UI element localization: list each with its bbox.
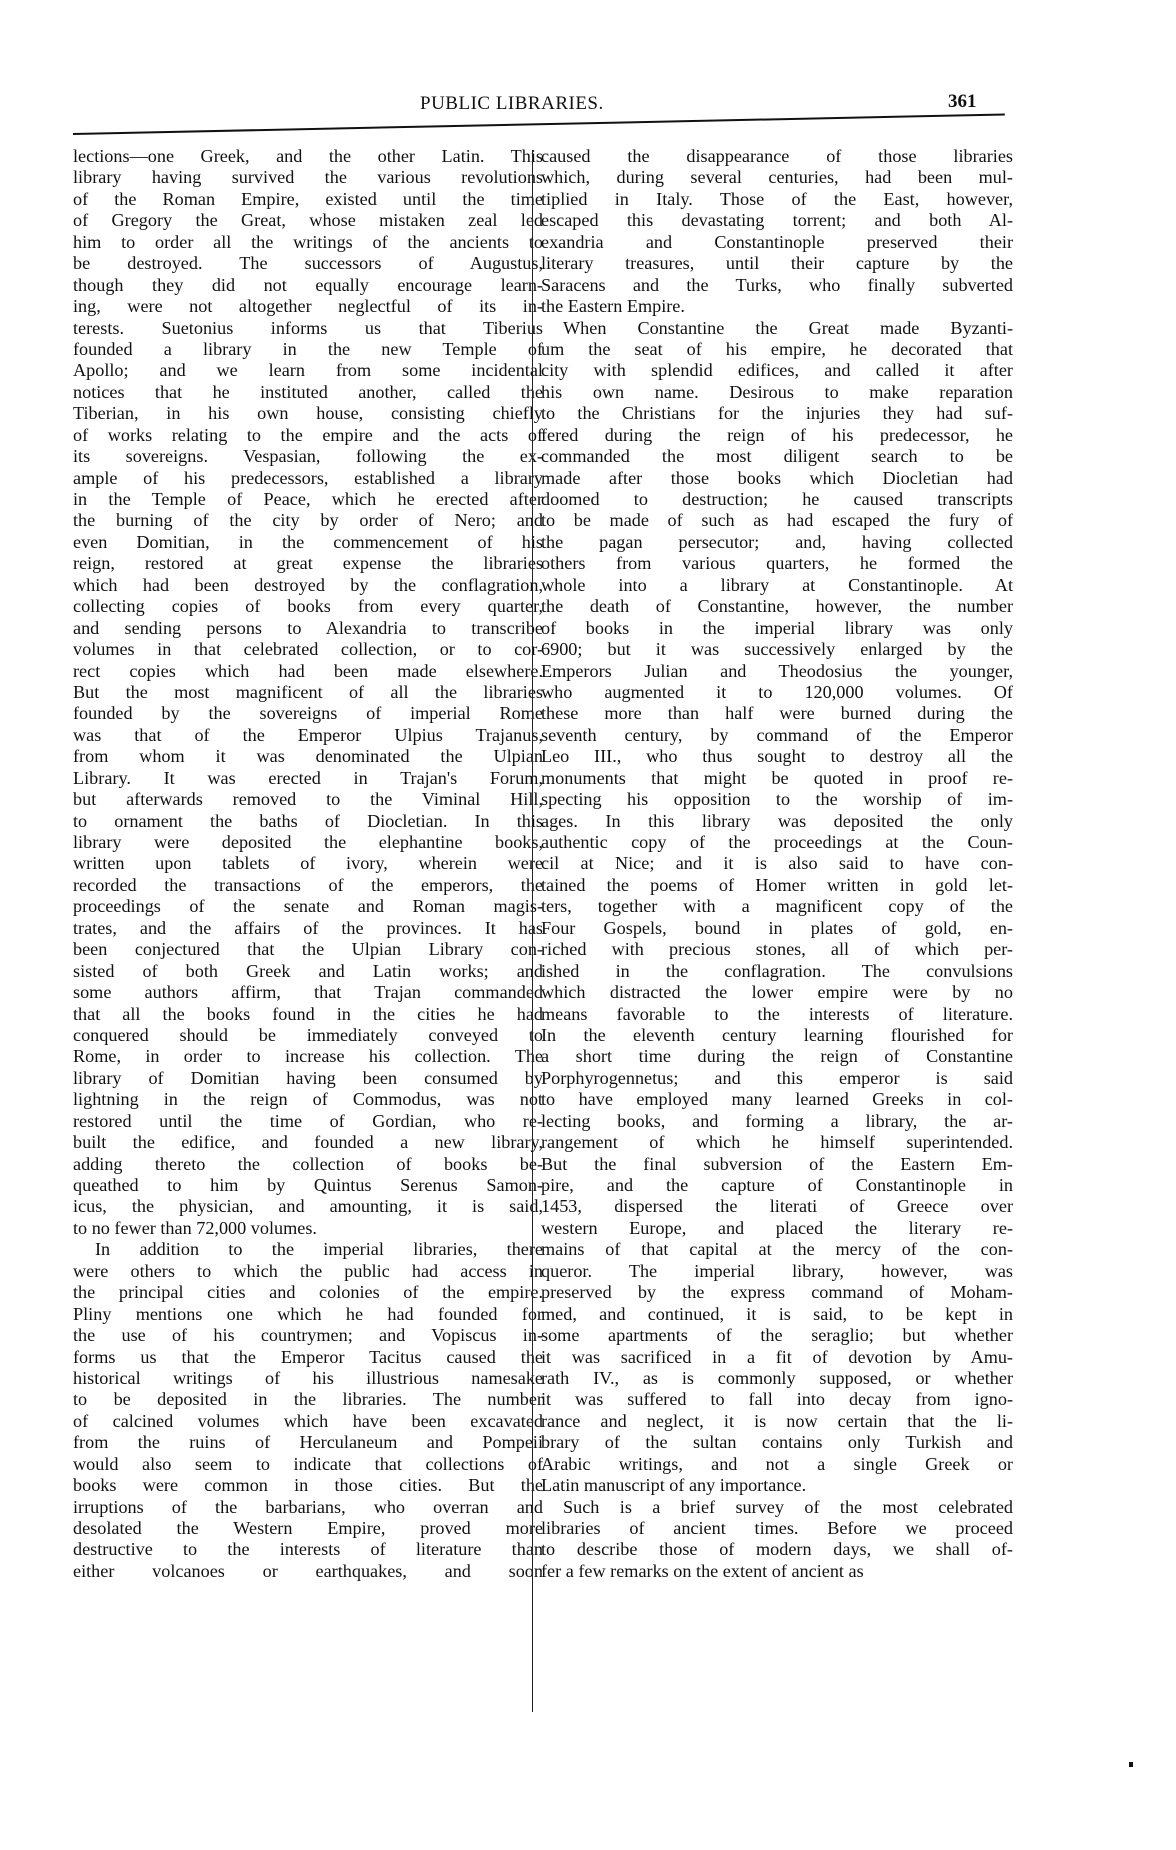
- text-line: Pliny mentions one which he had founded …: [73, 1304, 543, 1325]
- text-line: whole into a library at Constantinople. …: [541, 575, 1013, 596]
- text-line: icus, the physician, and amounting, it i…: [73, 1196, 543, 1217]
- text-line: specting his opposition to the worship o…: [541, 789, 1013, 810]
- text-line: exandria and Constantinople preserved th…: [541, 232, 1013, 253]
- text-line: means favorable to the interests of lite…: [541, 1004, 1013, 1025]
- text-line: library of Domitian having been consumed…: [73, 1068, 543, 1089]
- text-line: to no fewer than 72,000 volumes.: [73, 1218, 543, 1239]
- text-line: riched with precious stones, all of whic…: [541, 939, 1013, 960]
- text-line: adding thereto the collection of books b…: [73, 1154, 543, 1175]
- text-line: tained the poems of Homer written in gol…: [541, 875, 1013, 896]
- text-line: of the Roman Empire, existed until the t…: [73, 189, 543, 210]
- text-line: rath IV., as is commonly supposed, or wh…: [541, 1368, 1013, 1389]
- text-line: to the Christians for the injuries they …: [541, 403, 1013, 424]
- text-line: made after those books which Diocletian …: [541, 468, 1013, 489]
- text-line: of works relating to the empire and the …: [73, 425, 543, 446]
- text-line: which had been destroyed by the conflagr…: [73, 575, 543, 596]
- text-line: though they did not equally encourage le…: [73, 275, 543, 296]
- text-line: queathed to him by Quintus Serenus Samon…: [73, 1175, 543, 1196]
- text-line: to have employed many learned Greeks in …: [541, 1089, 1013, 1110]
- text-line: 6900; but it was successively enlarged b…: [541, 639, 1013, 660]
- text-line: from the ruins of Herculaneum and Pompei…: [73, 1432, 543, 1453]
- text-line: caused the disappearance of those librar…: [541, 146, 1013, 167]
- text-line: these more than half were burned during …: [541, 703, 1013, 724]
- text-line: been conjectured that the Ulpian Library…: [73, 939, 543, 960]
- text-line: collecting copies of books from every qu…: [73, 596, 543, 617]
- text-line: ters, together with a magnificent copy o…: [541, 896, 1013, 917]
- text-line: ages. In this library was deposited the …: [541, 811, 1013, 832]
- text-line: historical writings of his illustrious n…: [73, 1368, 543, 1389]
- scan-speck: [1129, 1762, 1133, 1767]
- page-number: 361: [948, 91, 977, 113]
- text-line: In addition to the imperial libraries, t…: [73, 1239, 543, 1260]
- text-line: Such is a brief survey of the most celeb…: [541, 1497, 1013, 1518]
- text-line: lections—one Greek, and the other Latin.…: [73, 146, 543, 167]
- text-line: desolated the Western Empire, proved mor…: [73, 1518, 543, 1539]
- left-column: lections—one Greek, and the other Latin.…: [73, 146, 543, 1582]
- text-line: Arabic writings, and not a single Greek …: [541, 1454, 1013, 1475]
- text-line: city with splendid edifices, and called …: [541, 360, 1013, 381]
- text-line: fer a few remarks on the extent of ancie…: [541, 1561, 1013, 1582]
- text-line: of Gregory the Great, whose mistaken zea…: [73, 210, 543, 231]
- text-line: from whom it was denominated the Ulpian: [73, 746, 543, 767]
- text-line: monuments that might be quoted in proof …: [541, 768, 1013, 789]
- text-line: In the eleventh century learning flouris…: [541, 1025, 1013, 1046]
- text-line: were others to which the public had acce…: [73, 1261, 543, 1282]
- text-line: to be deposited in the libraries. The nu…: [73, 1389, 543, 1410]
- text-line: was that of the Emperor Ulpius Trajanus,: [73, 725, 543, 746]
- text-line: 1453, dispersed the literati of Greece o…: [541, 1196, 1013, 1217]
- text-line: Porphyrogennetus; and this emperor is sa…: [541, 1068, 1013, 1089]
- text-line: founded a library in the new Temple of: [73, 339, 543, 360]
- column-divider: [532, 150, 533, 1712]
- text-line: others from various quarters, he formed …: [541, 553, 1013, 574]
- text-line: either volcanoes or earthquakes, and soo…: [73, 1561, 543, 1582]
- text-line: Library. It was erected in Trajan's Foru…: [73, 768, 543, 789]
- text-line: preserved by the express command of Moha…: [541, 1282, 1013, 1303]
- text-line: Leo III., who thus sought to destroy all…: [541, 746, 1013, 767]
- text-line: which, during several centuries, had bee…: [541, 167, 1013, 188]
- text-line: proceedings of the senate and Roman magi…: [73, 896, 543, 917]
- text-line: the use of his countrymen; and Vopiscus …: [73, 1325, 543, 1346]
- text-line: which distracted the lower empire were b…: [541, 982, 1013, 1003]
- text-line: conquered should be immediately conveyed…: [73, 1025, 543, 1046]
- text-line: of calcined volumes which have been exca…: [73, 1411, 543, 1432]
- text-line: med, and continued, it is said, to be ke…: [541, 1304, 1013, 1325]
- text-line: it was suffered to fall into decay from …: [541, 1389, 1013, 1410]
- text-line: western Europe, and placed the literary …: [541, 1218, 1013, 1239]
- text-line: Latin manuscript of any importance.: [541, 1475, 1013, 1496]
- text-line: When Constantine the Great made Byzanti-: [541, 318, 1013, 339]
- text-line: be destroyed. The successors of Augustus…: [73, 253, 543, 274]
- text-line: escaped this devastating torrent; and bo…: [541, 210, 1013, 231]
- text-line: ample of his predecessors, established a…: [73, 468, 543, 489]
- text-line: pire, and the capture of Constantinople …: [541, 1175, 1013, 1196]
- text-line: seventh century, by command of the Emper…: [541, 725, 1013, 746]
- running-head-title: PUBLIC LIBRARIES.: [420, 93, 604, 115]
- header-rule: [73, 113, 1005, 135]
- text-line: the pagan persecutor; and, having collec…: [541, 532, 1013, 553]
- text-line: authentic copy of the proceedings at the…: [541, 832, 1013, 853]
- text-line: who augmented it to 120,000 volumes. Of: [541, 682, 1013, 703]
- text-line: lightning in the reign of Commodus, was …: [73, 1089, 543, 1110]
- text-line: notices that he instituted another, call…: [73, 382, 543, 403]
- text-line: sisted of both Greek and Latin works; an…: [73, 961, 543, 982]
- text-line: queror. The imperial library, however, w…: [541, 1261, 1013, 1282]
- text-line: Four Gospels, bound in plates of gold, e…: [541, 918, 1013, 939]
- text-line: literary treasures, until their capture …: [541, 253, 1013, 274]
- text-line: rance and neglect, it is now certain tha…: [541, 1411, 1013, 1432]
- text-line: fered during the reign of his predecesso…: [541, 425, 1013, 446]
- text-line: ing, were not altogether neglectful of i…: [73, 296, 543, 317]
- text-line: Apollo; and we learn from some incidenta…: [73, 360, 543, 381]
- text-line: terests. Suetonius informs us that Tiber…: [73, 318, 543, 339]
- text-line: brary of the sultan contains only Turkis…: [541, 1432, 1013, 1453]
- text-line: Emperors Julian and Theodosius the young…: [541, 661, 1013, 682]
- text-line: founded by the sovereigns of imperial Ro…: [73, 703, 543, 724]
- text-line: tiplied in Italy. Those of the East, how…: [541, 189, 1013, 210]
- text-line: destructive to the interests of literatu…: [73, 1539, 543, 1560]
- text-line: some authors affirm, that Trajan command…: [73, 982, 543, 1003]
- text-line: um the seat of his empire, he decorated …: [541, 339, 1013, 360]
- text-line: volumes in that celebrated collection, o…: [73, 639, 543, 660]
- text-line: the death of Constantine, however, the n…: [541, 596, 1013, 617]
- text-line: written upon tablets of ivory, wherein w…: [73, 853, 543, 874]
- text-line: the Eastern Empire.: [541, 296, 1013, 317]
- text-line: lecting books, and forming a library, th…: [541, 1111, 1013, 1132]
- text-line: of books in the imperial library was onl…: [541, 618, 1013, 639]
- text-line: even Domitian, in the commencement of hi…: [73, 532, 543, 553]
- text-line: Tiberian, in his own house, consisting c…: [73, 403, 543, 424]
- text-line: rangement of which he himself superinten…: [541, 1132, 1013, 1153]
- text-line: him to order all the writings of the anc…: [73, 232, 543, 253]
- text-line: would also seem to indicate that collect…: [73, 1454, 543, 1475]
- text-line: it was sacrificed in a fit of devotion b…: [541, 1347, 1013, 1368]
- text-line: mains of that capital at the mercy of th…: [541, 1239, 1013, 1260]
- text-line: to be made of such as had escaped the fu…: [541, 510, 1013, 531]
- text-line: trates, and the affairs of the provinces…: [73, 918, 543, 939]
- text-line: cil at Nice; and it is also said to have…: [541, 853, 1013, 874]
- right-column: caused the disappearance of those librar…: [541, 146, 1013, 1582]
- text-line: to describe those of modern days, we sha…: [541, 1539, 1013, 1560]
- text-line: its sovereigns. Vespasian, following the…: [73, 446, 543, 467]
- text-line: his own name. Desirous to make reparatio…: [541, 382, 1013, 403]
- text-line: some apartments of the seraglio; but whe…: [541, 1325, 1013, 1346]
- text-line: library having survived the various revo…: [73, 167, 543, 188]
- text-line: commanded the most diligent search to be: [541, 446, 1013, 467]
- text-line: forms us that the Emperor Tacitus caused…: [73, 1347, 543, 1368]
- text-line: the principal cities and colonies of the…: [73, 1282, 543, 1303]
- text-line: rect copies which had been made elsewher…: [73, 661, 543, 682]
- text-line: Rome, in order to increase his collectio…: [73, 1046, 543, 1067]
- text-line: recorded the transactions of the emperor…: [73, 875, 543, 896]
- text-line: restored until the time of Gordian, who …: [73, 1111, 543, 1132]
- text-line: to ornament the baths of Diocletian. In …: [73, 811, 543, 832]
- text-line: doomed to destruction; he caused transcr…: [541, 489, 1013, 510]
- text-line: and sending persons to Alexandria to tra…: [73, 618, 543, 639]
- text-line: ished in the conflagration. The convulsi…: [541, 961, 1013, 982]
- text-line: built the edifice, and founded a new lib…: [73, 1132, 543, 1153]
- text-line: reign, restored at great expense the lib…: [73, 553, 543, 574]
- text-line: a short time during the reign of Constan…: [541, 1046, 1013, 1067]
- text-line: books were common in those cities. But t…: [73, 1475, 543, 1496]
- text-line: the burning of the city by order of Nero…: [73, 510, 543, 531]
- text-line: that all the books found in the cities h…: [73, 1004, 543, 1025]
- text-line: but afterwards removed to the Viminal Hi…: [73, 789, 543, 810]
- text-line: But the final subversion of the Eastern …: [541, 1154, 1013, 1175]
- text-line: library were deposited the elephantine b…: [73, 832, 543, 853]
- text-line: in the Temple of Peace, which he erected…: [73, 489, 543, 510]
- text-line: libraries of ancient times. Before we pr…: [541, 1518, 1013, 1539]
- text-line: irruptions of the barbarians, who overra…: [73, 1497, 543, 1518]
- text-line: Saracens and the Turks, who finally subv…: [541, 275, 1013, 296]
- text-line: But the most magnificent of all the libr…: [73, 682, 543, 703]
